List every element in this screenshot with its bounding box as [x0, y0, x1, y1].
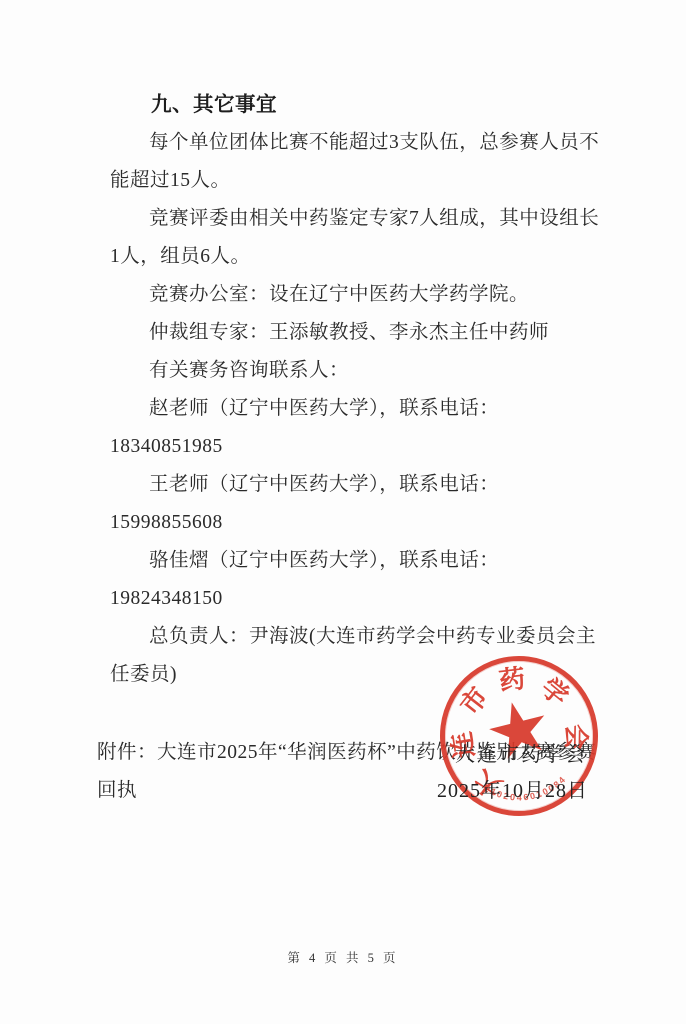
document-page: 九、其它事宜 每个单位团体比赛不能超过3支队伍，总参赛人员不能超过15人。 竞赛… [0, 0, 686, 1024]
paragraph-contact-luo: 骆佳熠（辽宁中医药大学），联系电话：19824348150 [110, 542, 602, 618]
paragraph-contact-wang: 王老师（辽宁中医药大学），联系电话：15998855608 [110, 466, 602, 542]
signature-date: 2025年10月28日 [437, 774, 588, 803]
paragraph-team-limit: 每个单位团体比赛不能超过3支队伍，总参赛人员不能超过15人。 [110, 124, 602, 200]
paragraph-contact-zhao: 赵老师（辽宁中医药大学），联系电话：18340851985 [110, 390, 602, 466]
signature-organization: 大连市药学会 [455, 738, 587, 767]
page-number: 第 4 页 共 5 页 [0, 948, 686, 966]
section-heading: 九、其它事宜 [110, 86, 602, 124]
paragraph-arbitration: 仲裁组专家：王添敏教授、李永杰主任中药师 [110, 314, 602, 352]
paragraph-contacts-title: 有关赛务咨询联系人： [110, 352, 602, 390]
paragraph-office: 竞赛办公室：设在辽宁中医药大学药学院。 [110, 276, 602, 314]
paragraph-judges: 竞赛评委由相关中药鉴定专家7人组成，其中设组长1人，组员6人。 [110, 200, 602, 276]
